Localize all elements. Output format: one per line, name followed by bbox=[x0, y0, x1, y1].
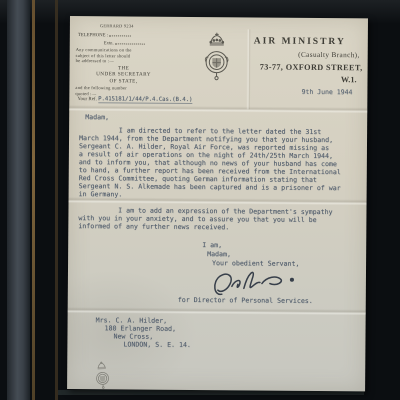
recipient-area: New Cross, bbox=[113, 332, 153, 340]
quote-note: and the following number quoted :— bbox=[75, 85, 127, 97]
ministry-street: 73-77, OXFORD STREET, bbox=[260, 62, 363, 72]
salutation: Madam, bbox=[85, 113, 109, 121]
ministry-district: W.1. bbox=[341, 75, 357, 84]
body-paragraph-2: I am to add an expression of the Departm… bbox=[78, 206, 358, 232]
fold-crease-vertical bbox=[246, 29, 251, 109]
recipient-city: LONDON, S. E. 14. bbox=[123, 340, 191, 349]
extn-rule bbox=[115, 39, 145, 44]
ministry-branch: (Casualty Branch), bbox=[298, 51, 360, 59]
telephone-exchange: GERRARD 9234 bbox=[100, 23, 134, 28]
telephone-label: TELEPHONE : bbox=[78, 33, 108, 38]
under-secretary-block: THE UNDER SECRETARY OF STATE, bbox=[69, 65, 177, 85]
telephone-rule bbox=[109, 31, 131, 36]
valediction-i-am: I am, bbox=[202, 241, 222, 249]
photo-frame: GERRARD 9234 TELEPHONE : Extn. Any commu… bbox=[0, 0, 400, 400]
case-wood-line-2 bbox=[55, 0, 58, 400]
case-edge-band bbox=[7, 0, 30, 400]
ref-value: P.415181/1/44/P.4.Cas.(B.4.) bbox=[98, 96, 192, 104]
fold-crease bbox=[69, 105, 367, 113]
extn-label: Extn. bbox=[104, 40, 114, 45]
communications-note: Any communications on the subject of thi… bbox=[76, 47, 132, 64]
ministry-name: AIR MINISTRY bbox=[254, 36, 346, 47]
royal-crest-bottom-icon bbox=[93, 361, 113, 399]
valediction-madam: Madam, bbox=[207, 250, 231, 258]
body-paragraph-1: I am directed to refer to the letter dat… bbox=[79, 126, 360, 200]
letter-paper: GERRARD 9234 TELEPHONE : Extn. Any commu… bbox=[67, 16, 368, 391]
letter-date: 9th June 1944 bbox=[302, 88, 353, 96]
signed-for-line: for Director of Personal Services. bbox=[178, 296, 313, 305]
ref-label: Your Ref. bbox=[77, 97, 97, 102]
royal-crest-icon bbox=[202, 32, 230, 93]
case-wood-line bbox=[32, 0, 35, 400]
